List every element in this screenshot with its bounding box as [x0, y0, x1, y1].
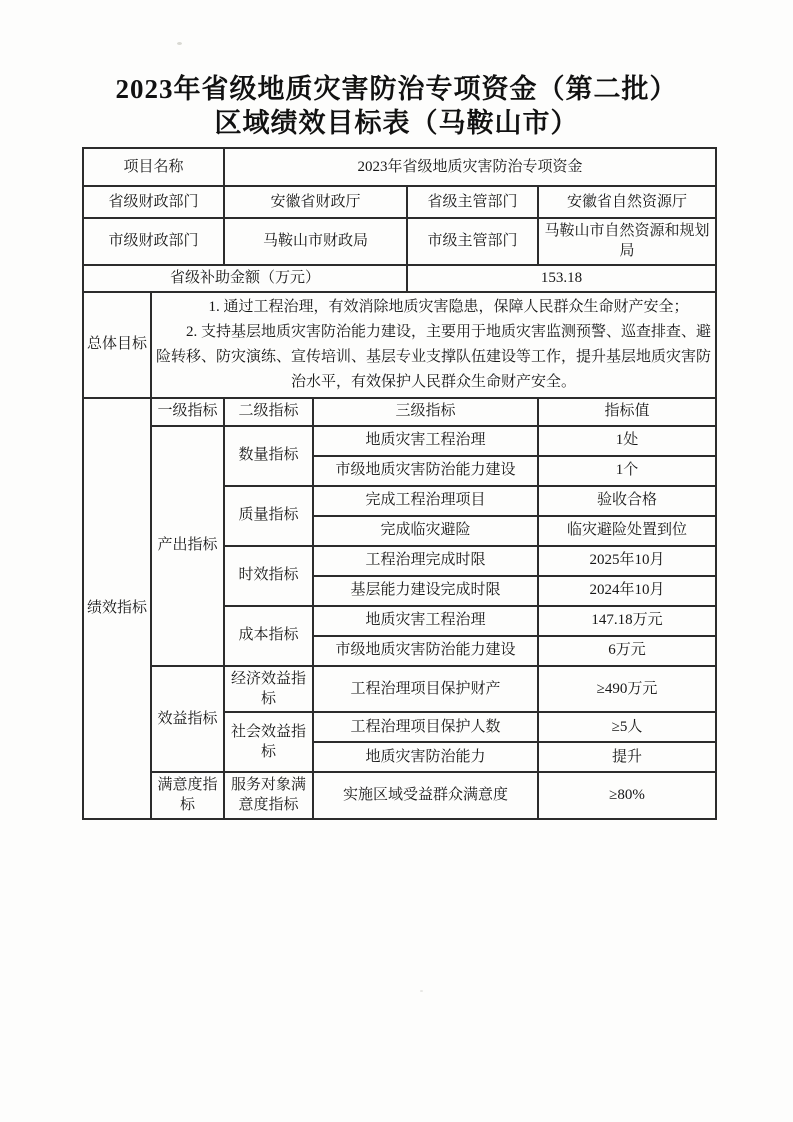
provincial-dept-value: 安徽省自然资源厅	[538, 186, 716, 218]
level2-quality: 质量指标	[224, 486, 313, 546]
level2-economic-benefit: 经济效益指标	[224, 666, 313, 713]
overall-goal-label: 总体目标	[83, 292, 151, 398]
project-name-label: 项目名称	[83, 148, 224, 186]
subsidy-label: 省级补助金额（万元）	[83, 265, 407, 292]
level2-service-satisfaction: 服务对象满意度指标	[224, 772, 313, 819]
document-title-line2: 区域绩效目标表（马鞍山市）	[0, 106, 793, 140]
overall-goal-text: 1. 通过工程治理，有效消除地质灾害隐患，保障人民群众生命财产安全； 2. 支持…	[151, 292, 716, 398]
indicator-value: 147.18万元	[538, 606, 716, 636]
header-level2: 二级指标	[224, 398, 313, 426]
indicator-name: 完成临灾避险	[313, 516, 538, 546]
level2-quantity: 数量指标	[224, 426, 313, 486]
indicator-name: 市级地质灾害防治能力建设	[313, 636, 538, 666]
overall-goal-paragraph-1: 1. 通过工程治理，有效消除地质灾害隐患，保障人民群众生命财产安全；	[155, 295, 712, 320]
indicator-value: 临灾避险处置到位	[538, 516, 716, 546]
header-value: 指标值	[538, 398, 716, 426]
header-level3: 三级指标	[313, 398, 538, 426]
indicator-value: 2024年10月	[538, 576, 716, 606]
overall-goal-paragraph-2: 2. 支持基层地质灾害防治能力建设，主要用于地质灾害监测预警、巡查排查、避险转移…	[155, 320, 712, 395]
city-dept-label: 市级主管部门	[407, 218, 538, 265]
indicator-value: 提升	[538, 742, 716, 772]
indicator-value: ≥80%	[538, 772, 716, 819]
indicator-name: 工程治理完成时限	[313, 546, 538, 576]
document-page: 2023年省级地质灾害防治专项资金（第二批） 区域绩效目标表（马鞍山市） 项目名…	[0, 0, 793, 1122]
level1-satisfaction: 满意度指标	[151, 772, 224, 819]
indicator-name: 地质灾害工程治理	[313, 426, 538, 456]
scan-speckle	[420, 990, 423, 992]
level1-benefit: 效益指标	[151, 666, 224, 773]
level1-output: 产出指标	[151, 426, 224, 666]
level2-social-benefit: 社会效益指标	[224, 712, 313, 772]
indicator-value: 验收合格	[538, 486, 716, 516]
indicator-value: ≥5人	[538, 712, 716, 742]
row-overall-goal: 总体目标 1. 通过工程治理，有效消除地质灾害隐患，保障人民群众生命财产安全； …	[83, 292, 716, 398]
indicator-row: 满意度指标 服务对象满意度指标 实施区域受益群众满意度 ≥80%	[83, 772, 716, 819]
level2-cost: 成本指标	[224, 606, 313, 666]
indicator-value: 6万元	[538, 636, 716, 666]
city-finance-value: 马鞍山市财政局	[224, 218, 407, 265]
indicator-row: 效益指标 经济效益指标 工程治理项目保护财产 ≥490万元	[83, 666, 716, 713]
provincial-finance-value: 安徽省财政厅	[224, 186, 407, 218]
page: { "doc": { "title_line1": "2023年省级地质灾害防治…	[0, 0, 793, 1122]
provincial-finance-label: 省级财政部门	[83, 186, 224, 218]
performance-target-table: 项目名称 2023年省级地质灾害防治专项资金 省级财政部门 安徽省财政厅 省级主…	[82, 147, 717, 820]
indicator-name: 工程治理项目保护人数	[313, 712, 538, 742]
indicator-name: 工程治理项目保护财产	[313, 666, 538, 713]
performance-indicator-section-label: 绩效指标	[83, 398, 151, 819]
city-dept-value: 马鞍山市自然资源和规划局	[538, 218, 716, 265]
level2-timeliness: 时效指标	[224, 546, 313, 606]
scan-speckle	[177, 42, 182, 45]
indicator-value: 2025年10月	[538, 546, 716, 576]
row-city-departments: 市级财政部门 马鞍山市财政局 市级主管部门 马鞍山市自然资源和规划局	[83, 218, 716, 265]
indicator-name: 市级地质灾害防治能力建设	[313, 456, 538, 486]
indicator-value: 1处	[538, 426, 716, 456]
provincial-dept-label: 省级主管部门	[407, 186, 538, 218]
header-level1: 一级指标	[151, 398, 224, 426]
indicator-name: 地质灾害工程治理	[313, 606, 538, 636]
city-finance-label: 市级财政部门	[83, 218, 224, 265]
document-title-line1: 2023年省级地质灾害防治专项资金（第二批）	[0, 72, 793, 106]
indicator-name: 完成工程治理项目	[313, 486, 538, 516]
indicator-name: 基层能力建设完成时限	[313, 576, 538, 606]
row-provincial-departments: 省级财政部门 安徽省财政厅 省级主管部门 安徽省自然资源厅	[83, 186, 716, 218]
indicator-value: 1个	[538, 456, 716, 486]
row-indicator-header: 绩效指标 一级指标 二级指标 三级指标 指标值	[83, 398, 716, 426]
project-name-value: 2023年省级地质灾害防治专项资金	[224, 148, 716, 186]
subsidy-value: 153.18	[407, 265, 716, 292]
indicator-name: 实施区域受益群众满意度	[313, 772, 538, 819]
indicator-value: ≥490万元	[538, 666, 716, 713]
indicator-name: 地质灾害防治能力	[313, 742, 538, 772]
row-project-name: 项目名称 2023年省级地质灾害防治专项资金	[83, 148, 716, 186]
document-title: 2023年省级地质灾害防治专项资金（第二批） 区域绩效目标表（马鞍山市）	[0, 0, 793, 140]
indicator-row: 产出指标 数量指标 地质灾害工程治理 1处	[83, 426, 716, 456]
row-subsidy: 省级补助金额（万元） 153.18	[83, 265, 716, 292]
